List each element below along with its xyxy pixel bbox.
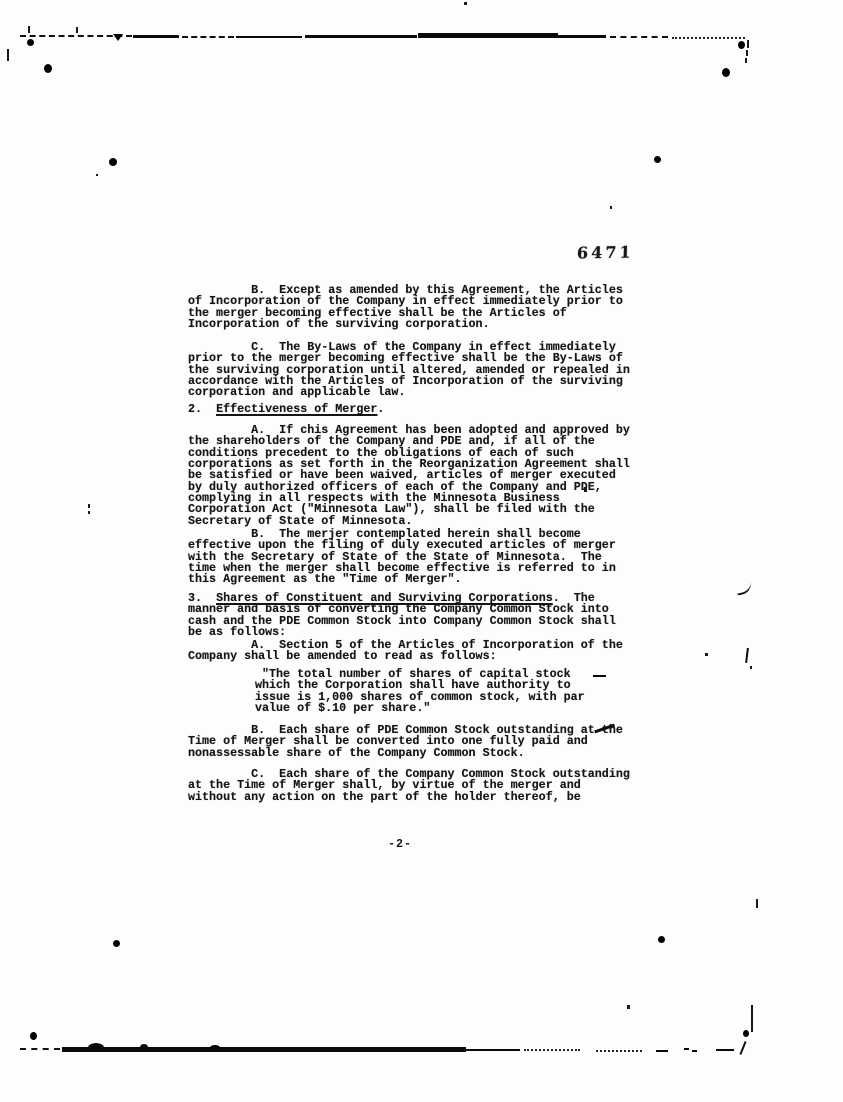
scan-border-top-segment xyxy=(305,35,417,38)
scan-border-bottom-dots xyxy=(596,1050,642,1052)
scan-dot xyxy=(109,158,117,166)
scan-border-top-thick-segment xyxy=(418,33,558,38)
section-2-number: 2. xyxy=(188,402,216,416)
scan-triangle-mark xyxy=(113,34,123,41)
page-number: -2- xyxy=(388,837,412,851)
section-3-heading: 3. Shares of Constituent and Surviving C… xyxy=(188,593,616,638)
scan-tick xyxy=(747,40,749,48)
paragraph-3a: A. Section 5 of the Articles of Incorpor… xyxy=(188,640,623,663)
scan-border-bottom-segment xyxy=(656,1050,668,1052)
scan-tick xyxy=(746,50,748,56)
scan-dot xyxy=(30,1032,37,1040)
paragraph-1c: C. The By-Laws of the Company in effect … xyxy=(188,342,630,399)
scan-tick xyxy=(7,49,9,61)
scan-speck xyxy=(464,2,467,5)
scan-border-top-dash xyxy=(182,36,234,38)
paragraph-3c: C. Each share of the Company Common Stoc… xyxy=(188,769,630,803)
scan-dot xyxy=(743,1030,749,1037)
quoted-amendment-text: "The total number of shares of capital s… xyxy=(255,669,585,714)
scanned-document-page: 6471 B. Except as amended by this Agreem… xyxy=(0,0,843,1102)
scan-dot xyxy=(658,936,665,943)
scan-border-top-dash xyxy=(610,36,668,38)
scan-dot xyxy=(654,156,661,163)
scan-dot xyxy=(738,41,745,49)
scan-border-top-segment xyxy=(558,35,606,38)
scan-tick xyxy=(76,27,78,33)
scan-colon-mark xyxy=(88,511,90,514)
scan-comma-speck xyxy=(584,487,587,492)
scan-tick xyxy=(756,899,758,908)
scan-border-bottom-segment xyxy=(716,1049,734,1051)
document-number-stamp: 6471 xyxy=(577,242,634,262)
scan-tick xyxy=(745,58,747,63)
paragraph-1b: B. Except as amended by this Agreement, … xyxy=(188,285,623,330)
scan-slash-mark xyxy=(739,1041,746,1055)
scan-border-bottom-dots xyxy=(524,1049,580,1051)
scan-edge-line xyxy=(751,1005,753,1032)
paragraph-3b: B. Each share of PDE Common Stock outsta… xyxy=(188,725,623,759)
scan-speck xyxy=(96,174,98,176)
scan-dot xyxy=(44,64,52,73)
scan-speck xyxy=(627,1005,630,1009)
scan-border-bottom-blot xyxy=(140,1044,148,1050)
scan-border-bottom-segment xyxy=(466,1049,520,1051)
handwritten-check-mark xyxy=(735,581,753,596)
scan-border-bottom-blot xyxy=(210,1045,220,1050)
scan-border-bottom-thick-segment xyxy=(62,1047,466,1052)
scan-border-top-dots xyxy=(672,37,745,39)
section-2-heading: 2. Effectiveness of Merger. xyxy=(188,404,384,415)
scan-border-top-segment xyxy=(236,36,302,38)
scan-speck xyxy=(750,666,752,669)
paragraph-2b: B. The merjer contemplated herein shall … xyxy=(188,529,616,586)
scan-border-bottom-segment xyxy=(692,1050,697,1052)
scan-border-bottom-dash xyxy=(20,1048,60,1050)
scan-border-top-segment xyxy=(133,35,179,38)
scan-speck xyxy=(610,206,612,209)
scan-dot xyxy=(27,39,34,46)
section-2-period: . xyxy=(377,402,384,416)
scan-speck xyxy=(705,653,708,656)
paragraph-2a: A. If chis Agreement has been adopted an… xyxy=(188,425,630,527)
scan-dot xyxy=(722,68,730,77)
scan-speck xyxy=(684,1048,689,1050)
scan-tick xyxy=(28,26,30,33)
scan-colon-mark xyxy=(88,504,90,508)
scan-border-bottom-blot xyxy=(88,1043,104,1052)
scan-dot xyxy=(113,940,120,947)
section-2-title: Effectiveness of Merger xyxy=(216,402,377,416)
handwritten-dash-mark xyxy=(593,675,606,677)
handwritten-stroke-mark xyxy=(745,648,749,663)
